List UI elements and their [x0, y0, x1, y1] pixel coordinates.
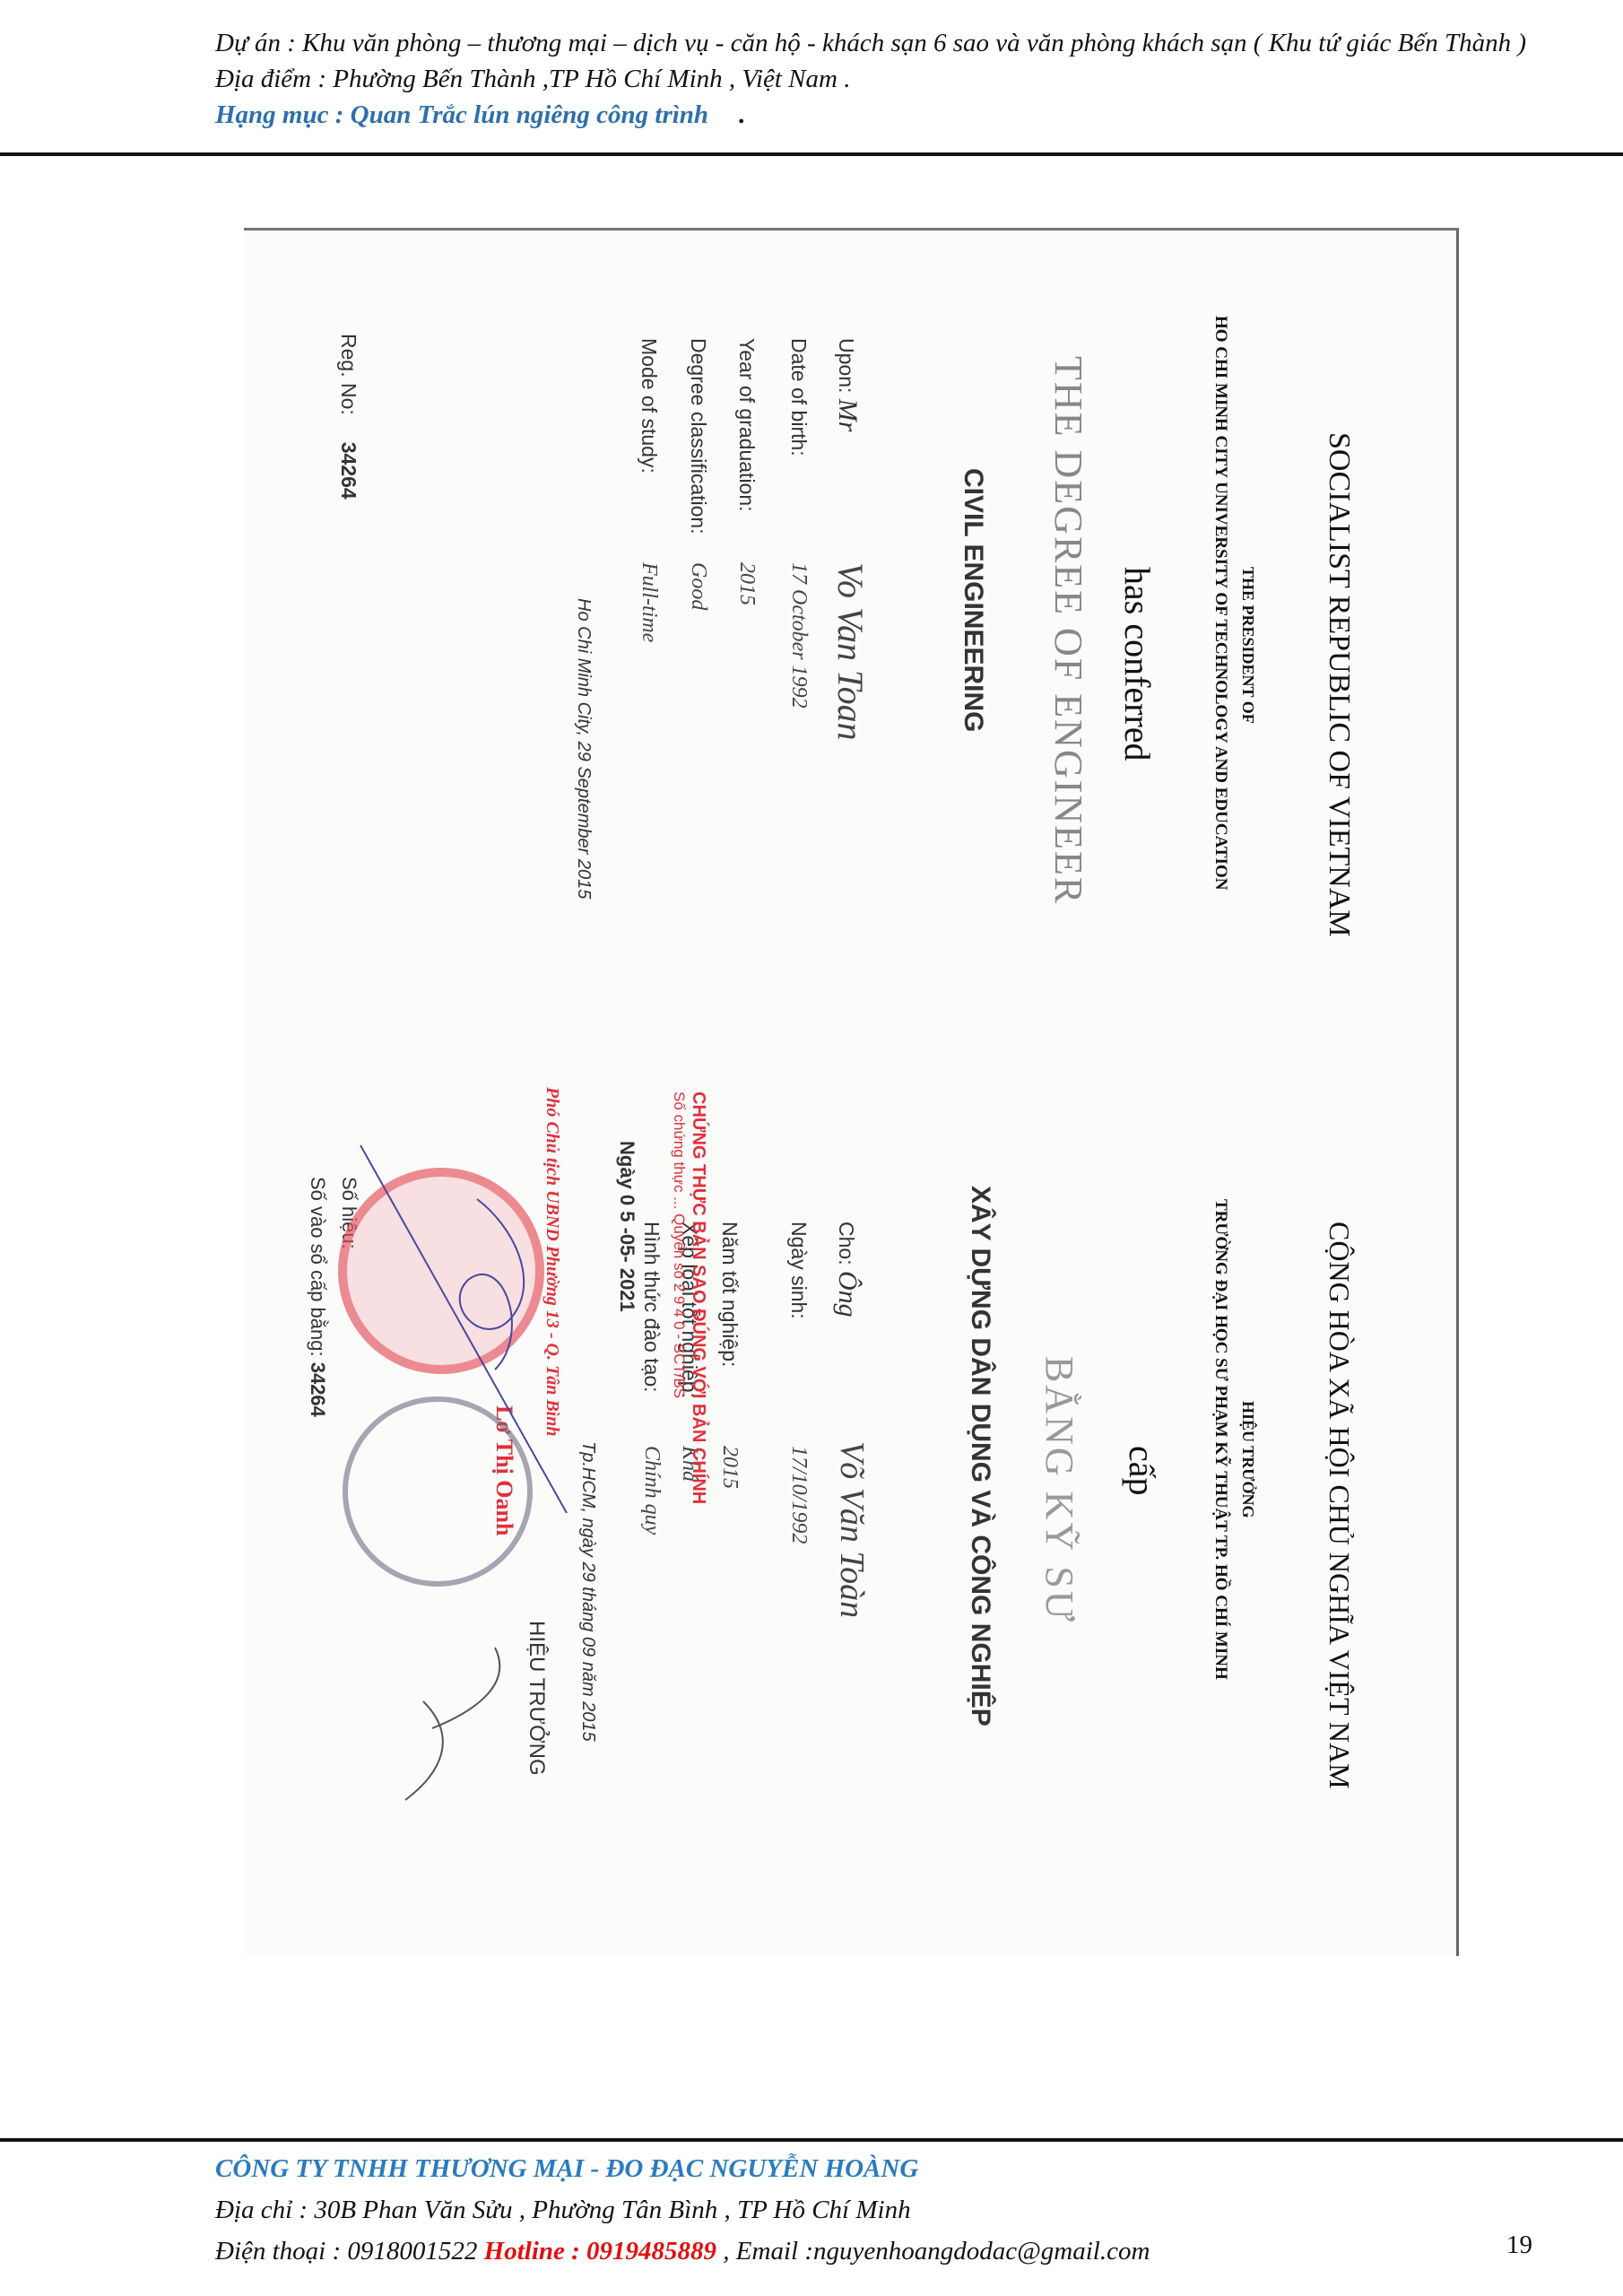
page-footer: CÔNG TY TNHH THƯƠNG MẠI - ĐO ĐẠC NGUYỄN … [215, 2148, 1150, 2272]
email: , Email :nguyenhoangdodac@gmail.com [723, 2237, 1150, 2266]
category-text: Hạng mục : Quan Trắc lún ngiêng công trì… [215, 100, 708, 129]
location-line: Địa điểm : Phường Bến Thành ,TP Hồ Chí M… [215, 61, 1526, 97]
company-address: Địa chỉ : 30B Phan Văn Sửu , Phường Tân … [215, 2189, 1150, 2231]
footer-divider [0, 2138, 1623, 2142]
certificate-scan: SOCIALIST REPUBLIC OF VIETNAM THE PRESID… [244, 228, 1459, 1956]
header-divider [0, 152, 1623, 156]
hotline: Hotline : 0919485889 [484, 2237, 724, 2266]
category-line: Hạng mục : Quan Trắc lún ngiêng công trì… [215, 97, 1526, 133]
contact-line: Điện thoại : 0918001522 Hotline : 091948… [215, 2231, 1150, 2272]
project-line: Dự án : Khu văn phòng – thương mại – dịc… [215, 25, 1526, 61]
signature-strokes [244, 230, 1456, 1956]
company-name: CÔNG TY TNHH THƯƠNG MẠI - ĐO ĐẠC NGUYỄN … [215, 2148, 1150, 2189]
page-header: Dự án : Khu văn phòng – thương mại – dịc… [215, 25, 1526, 133]
page-number: 19 [1506, 2231, 1532, 2260]
